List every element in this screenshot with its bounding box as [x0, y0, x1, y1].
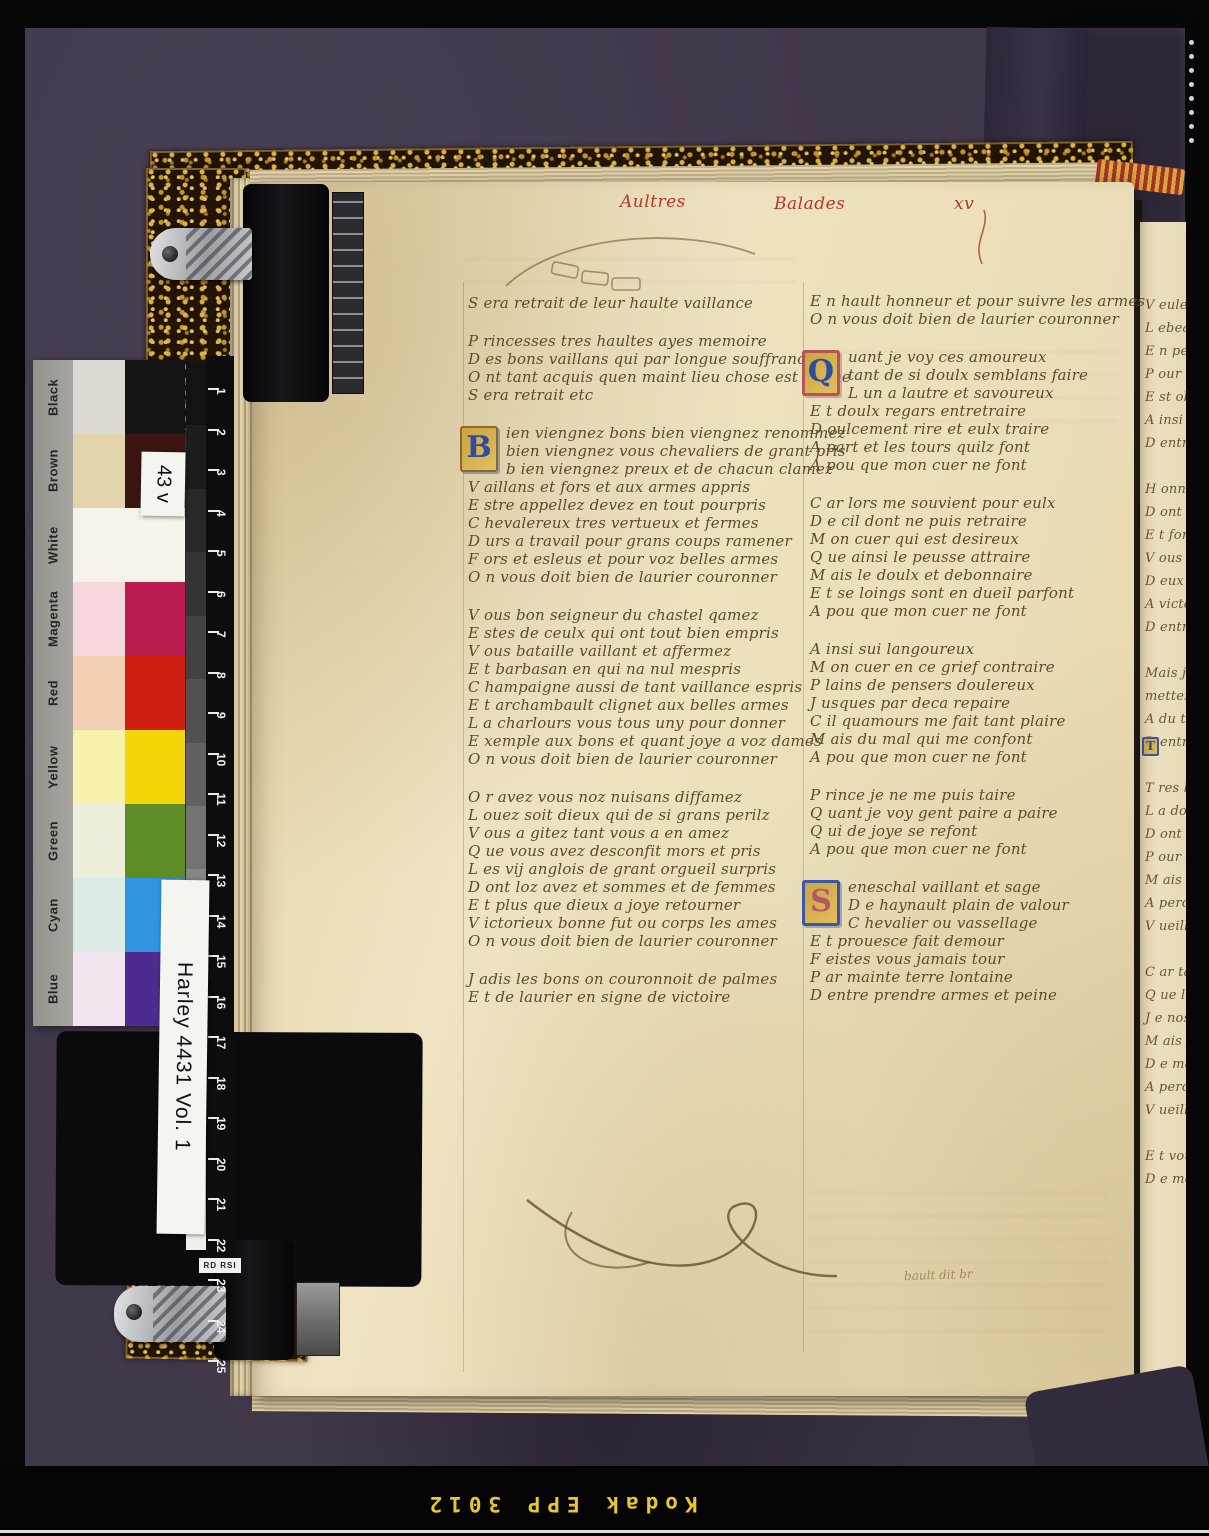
- color-patch-pale: [73, 804, 125, 878]
- faint-inscription: bault dit br: [904, 1267, 973, 1283]
- ruler-tick: [208, 996, 219, 998]
- ruler-tick: [208, 955, 219, 957]
- measurement-ruler: 1 2 3 4 5 6: [206, 356, 234, 1258]
- ruler-number: 22: [214, 1239, 228, 1252]
- verse-line: M ais du mal qui me confont: [810, 730, 1140, 748]
- sprocket-dot: [1189, 96, 1194, 101]
- ruler-unit: 8: [206, 672, 234, 707]
- ruler-unit: 21: [206, 1198, 234, 1233]
- stanza-lines: ien viengnez bons bien viengnez renommez…: [468, 424, 818, 586]
- ruler-number: 15: [214, 955, 228, 968]
- verse-line: uant je voy ces amoureux: [810, 348, 1140, 366]
- verse-line: D e cil dont ne puis retraire: [810, 512, 1140, 530]
- verse-line: E n hault honneur et pour suivre les arm…: [810, 292, 1140, 310]
- verse-line: C hevalereux tres vertueux et fermes: [468, 514, 818, 532]
- ruler-number: 25: [214, 1360, 228, 1373]
- verse-line: D entre prendre armes et peine: [810, 986, 1140, 1004]
- sprocket-dot: [1189, 124, 1194, 129]
- ruler-footer-label: RD RSI: [199, 1258, 241, 1273]
- verse-line: A pou que mon cuer ne font: [810, 748, 1140, 766]
- photographic-frame: T V eule L ebea E n per P our c E st ob …: [0, 0, 1209, 1536]
- frame-edge-line: [0, 1530, 1209, 1533]
- verse-line: L es vij anglois de grant orgueil surpri…: [468, 860, 818, 878]
- facing-text-line: A perceu: [1145, 896, 1186, 919]
- verse-line: Q uant je voy gent paire a paire: [810, 804, 1140, 822]
- ruler-number: 24: [214, 1320, 228, 1333]
- facing-text-line: A perceu: [1145, 1080, 1186, 1103]
- color-bar-row: White: [33, 508, 185, 582]
- color-patch-pale: [73, 952, 125, 1026]
- color-bar-label: Yellow: [33, 730, 73, 804]
- ruler-unit: 2: [206, 429, 234, 464]
- clip-stripes: [186, 228, 252, 280]
- ruler-number: 16: [214, 996, 228, 1009]
- ruler-number: 13: [214, 874, 228, 887]
- ruler-unit: 12: [206, 834, 234, 869]
- stanza-lines: C ar lors me souvient pour eulx D e cil …: [810, 494, 1140, 620]
- ruler-tick: [208, 1279, 219, 1281]
- color-bar-label: Magenta: [33, 582, 73, 656]
- facing-illuminated-initial: T: [1142, 737, 1159, 756]
- facing-text-line: Q ue la d: [1145, 988, 1186, 1011]
- ruler-number: 12: [214, 834, 228, 847]
- gray-step: [186, 362, 206, 425]
- verse-line: J adis les bons on couronnoit de palmes: [468, 970, 818, 988]
- density-strip: [332, 192, 364, 394]
- ruler-tick: [208, 753, 219, 755]
- verse-line: D es bons vaillans qui par longue souffr…: [468, 350, 818, 368]
- verse-line: E t barbasan en qui na nul mespris: [468, 660, 818, 678]
- facing-text-line: D e mon: [1145, 1172, 1186, 1195]
- ruler-unit: 17: [206, 1036, 234, 1071]
- sprocket-dot: [1189, 68, 1194, 73]
- clip-rivet: [162, 246, 178, 262]
- verse-line: A pou que mon cuer ne font: [810, 456, 1140, 474]
- verse-line: E t de laurier en signe de victoire: [468, 988, 818, 1006]
- facing-text-line: E t vous: [1145, 1149, 1186, 1172]
- verse-line: J usques par deca repaire: [810, 694, 1140, 712]
- illuminated-initial: S: [802, 880, 840, 926]
- stanza: S era retrait de leur haulte vaillance: [468, 294, 818, 312]
- stanza-lines: uant je voy ces amoureux tant de si doul…: [810, 348, 1140, 474]
- color-patch-pale: [73, 656, 125, 730]
- ruler-unit: 5: [206, 550, 234, 585]
- verse-line: eneschal vaillant et sage: [810, 878, 1140, 896]
- ruler-tick: [208, 1036, 219, 1038]
- stanza: C ar lors me souvient pour eulx D e cil …: [810, 494, 1140, 620]
- verse-line: E t plus que dieux a joye retourner: [468, 896, 818, 914]
- rubric-flourish: [970, 208, 1010, 268]
- facing-text-line: [1145, 758, 1186, 781]
- ruler-tick: [208, 591, 219, 593]
- color-bar-row: Green: [33, 804, 185, 878]
- ruler-tick: [208, 469, 219, 471]
- verse-line: Q ue vous avez desconfit mors et pris: [468, 842, 818, 860]
- verse-line: O n vous doit bien de laurier couronner: [468, 750, 818, 768]
- gray-step: [186, 616, 206, 679]
- verse-line: M on cuer en ce grief contraire: [810, 658, 1140, 676]
- verse-line: Q ue ainsi le peusse attraire: [810, 548, 1140, 566]
- facing-text-line: A du tout: [1145, 712, 1186, 735]
- verse-line: bien viengnez vous chevaliers de grant p…: [468, 442, 818, 460]
- color-patch-pale: [73, 730, 125, 804]
- facing-text-line: V ueillez: [1145, 1103, 1186, 1126]
- facing-text-line: L a dou: [1145, 804, 1186, 827]
- ruler-unit: 19: [206, 1117, 234, 1152]
- stanza: B ien viengnez bons bien viengnez renomm…: [468, 424, 818, 586]
- ruler-tick: [208, 1239, 219, 1241]
- color-bar-label: Red: [33, 656, 73, 730]
- verse-line: E t doulx regars entretraire: [810, 402, 1140, 420]
- facing-text-line: D entrep: [1145, 620, 1186, 643]
- verse-line: V ous a gitez tant vous a en amez: [468, 824, 818, 842]
- verse-line: O n vous doit bien de laurier couronner: [810, 310, 1140, 328]
- ruler-unit: 9: [206, 712, 234, 747]
- text-column-left: S era retrait de leur haulte vaillance P…: [468, 294, 818, 1026]
- verse-line: E t archambault clignet aux belles armes: [468, 696, 818, 714]
- gray-step: [186, 679, 206, 742]
- stanza-lines: O r avez vous noz nuisans diffamez L oue…: [468, 788, 818, 950]
- clip-rivet: [126, 1304, 142, 1320]
- page-strap-top: [243, 184, 329, 402]
- ruler-number: 10: [214, 753, 228, 766]
- stanza-lines: eneschal vaillant et sage D e haynault p…: [810, 878, 1140, 1004]
- facing-text-line: A insi b: [1145, 413, 1186, 436]
- film-sprocket-marks: [1189, 40, 1194, 152]
- stanza: P rincesses tres haultes ayes memoire D …: [468, 332, 818, 404]
- ruler-unit: 3: [206, 469, 234, 504]
- verse-line: S era retrait etc: [468, 386, 818, 404]
- ruler-unit: 20: [206, 1158, 234, 1193]
- stanza: Q uant je voy ces amoureux tant de si do…: [810, 348, 1140, 474]
- color-bar-row: Magenta: [33, 582, 185, 656]
- verse-line: C ar lors me souvient pour eulx: [810, 494, 1140, 512]
- stanza: P rince je ne me puis taire Q uant je vo…: [810, 786, 1140, 858]
- gray-step: [186, 425, 206, 488]
- verse-line: L a charlours vous tous uny pour donner: [468, 714, 818, 732]
- facing-text-line: M ais fan: [1145, 1034, 1186, 1057]
- facing-text-line: D entrep: [1145, 436, 1186, 459]
- facing-text-line: mettez ce: [1145, 689, 1186, 712]
- verse-line: F ors et esleus et pour voz belles armes: [468, 550, 818, 568]
- facing-text-line: [1145, 459, 1186, 482]
- film-edge-text: Kodak EPP 3012: [340, 1492, 780, 1516]
- gray-step: [186, 552, 206, 615]
- ruler-tick: [208, 1320, 219, 1322]
- verse-line: O n vous doit bien de laurier couronner: [468, 568, 818, 586]
- gray-step: [186, 806, 206, 869]
- color-patch-pale: [73, 360, 125, 434]
- color-patch-pale: [73, 878, 125, 952]
- color-bar-label: White: [33, 508, 73, 582]
- ruler-unit: 18: [206, 1077, 234, 1112]
- color-patch-strong: [125, 730, 185, 804]
- stanza: A insi sui langoureux M on cuer en ce gr…: [810, 640, 1140, 766]
- ruler-tick: [208, 510, 219, 512]
- rubric-left: Aultres: [620, 192, 686, 212]
- facing-text-line: A victoi: [1145, 597, 1186, 620]
- verse-line: V ous bon seigneur du chastel qamez: [468, 606, 818, 624]
- ruler-tick: [208, 1360, 219, 1362]
- stanza-lines: V ous bon seigneur du chastel qamez E st…: [468, 606, 818, 768]
- ruler-tick: [208, 1158, 219, 1160]
- verse-line: M ais le doulx et debonnaire: [810, 566, 1140, 584]
- film-edge-band: Kodak EPP 3012: [0, 1466, 1209, 1536]
- verse-line: E xemple aux bons et quant joye a voz da…: [468, 732, 818, 750]
- ruler-unit: 10: [206, 753, 234, 788]
- folio-number-sticker: 43 v: [140, 452, 185, 517]
- ruler-tick: [208, 388, 219, 390]
- facing-text-line: E t fortu: [1145, 528, 1186, 551]
- color-bar-row: Red: [33, 656, 185, 730]
- stanza-lines: J adis les bons on couronnoit de palmes …: [468, 970, 818, 1006]
- ruler-number: 14: [214, 915, 228, 928]
- ruler-tick: [208, 550, 219, 552]
- color-bar-label: Black: [33, 360, 73, 434]
- illuminated-initial: Q: [802, 350, 840, 396]
- verse-line: L ouez soit dieux qui de si grans perilz: [468, 806, 818, 824]
- sprocket-dot: [1189, 138, 1194, 143]
- facing-text-line: C ar tant: [1145, 965, 1186, 988]
- color-patch-strong: [125, 582, 185, 656]
- ruler-tick: [208, 1117, 219, 1119]
- verse-line: P lains de pensers doulereux: [810, 676, 1140, 694]
- color-patch-strong: [125, 360, 185, 434]
- verse-line: tant de si doulx semblans faire: [810, 366, 1140, 384]
- color-bar-label: Cyan: [33, 878, 73, 952]
- ruler-unit: 7: [206, 631, 234, 666]
- verse-line: P ar mainte terre lontaine: [810, 968, 1140, 986]
- ruler-unit: 15: [206, 955, 234, 990]
- facing-text-fragments: V eule L ebea E n per P our c E st ob A …: [1140, 222, 1186, 1195]
- verse-line: D urs a travail pour grans coups ramener: [468, 532, 818, 550]
- ruler-number: 19: [214, 1117, 228, 1130]
- sprocket-dot: [1189, 82, 1194, 87]
- facing-text-line: [1145, 643, 1186, 666]
- facing-text-line: Mais je c: [1145, 666, 1186, 689]
- ruler-unit: 25: [206, 1360, 234, 1395]
- verse-line: V ictorieux bonne fut ou corps les ames: [468, 914, 818, 932]
- facing-text-line: P our c: [1145, 367, 1186, 390]
- stanza: S eneschal vaillant et sage D e haynault…: [810, 878, 1140, 1004]
- color-bar-row: Yellow: [33, 730, 185, 804]
- facing-text-line: D e ma g: [1145, 1057, 1186, 1080]
- envoi-flourish: [502, 1182, 902, 1297]
- ruler-tick: [208, 429, 219, 431]
- illuminated-initial: B: [460, 426, 498, 472]
- facing-text-line: L ebea: [1145, 321, 1186, 344]
- sprocket-dot: [1189, 110, 1194, 115]
- gray-step-tab: [296, 1282, 340, 1356]
- sprocket-dot: [1189, 54, 1194, 59]
- verse-line: V aillans et fors et aux armes appris: [468, 478, 818, 496]
- stanza: J adis les bons on couronnoit de palmes …: [468, 970, 818, 1006]
- verse-line: C hevalier ou vassellage: [810, 914, 1140, 932]
- ruler-tick: [208, 712, 219, 714]
- text-column-right: E n hault honneur et pour suivre les arm…: [810, 292, 1140, 1024]
- ruler-tick: [208, 874, 219, 876]
- ruler-unit: 6: [206, 591, 234, 626]
- verse-line: ien viengnez bons bien viengnez renommez: [468, 424, 818, 442]
- color-bar-row: Black: [33, 360, 185, 434]
- verse-line: C hampaigne aussi de tant vaillance espr…: [468, 678, 818, 696]
- verse-line: D e haynault plain de valour: [810, 896, 1140, 914]
- facing-text-line: D eux bo: [1145, 574, 1186, 597]
- verse-line: S era retrait de leur haulte vaillance: [468, 294, 818, 312]
- ruler-unit: 14: [206, 915, 234, 950]
- ruler-number: 17: [214, 1036, 228, 1049]
- facing-text-line: T res bell: [1145, 781, 1186, 804]
- verse-line: F eistes vous jamais tour: [810, 950, 1140, 968]
- verse-line: b ien viengnez preux et de chacun clamez: [468, 460, 818, 478]
- verse-line: A part et les tours quilz font: [810, 438, 1140, 456]
- ruler-number: 23: [214, 1279, 228, 1292]
- facing-page-sliver: T V eule L ebea E n per P our c E st ob …: [1140, 222, 1186, 1494]
- pen-trial-sketch: [500, 220, 810, 298]
- verse-line: O nt tant acquis quen maint lieu chose e…: [468, 368, 818, 386]
- ruler-unit: 24: [206, 1320, 234, 1355]
- ruler-tick: [208, 631, 219, 633]
- gray-step: [186, 743, 206, 806]
- verse-line: D oulcement rire et eulx traire: [810, 420, 1140, 438]
- stanza-lines: P rincesses tres haultes ayes memoire D …: [468, 332, 818, 404]
- verse-line: A insi sui langoureux: [810, 640, 1140, 658]
- rubric-center: Balades: [774, 194, 845, 214]
- stanza-lines: E n hault honneur et pour suivre les arm…: [810, 292, 1140, 328]
- verse-line: E stes de ceulx qui ont tout bien empris: [468, 624, 818, 642]
- verse-line: V ous bataille vaillant et affermez: [468, 642, 818, 660]
- ruler-tick: [208, 672, 219, 674]
- verse-line: A pou que mon cuer ne font: [810, 602, 1140, 620]
- stanza: V ous bon seigneur du chastel qamez E st…: [468, 606, 818, 768]
- stanza-lines: A insi sui langoureux M on cuer en ce gr…: [810, 640, 1140, 766]
- ruler-unit: 11: [206, 793, 234, 828]
- verse-line: L un a lautre et savoureux: [810, 384, 1140, 402]
- color-patch-strong: [125, 656, 185, 730]
- facing-text-line: [1145, 1126, 1186, 1149]
- color-patch-strong: [125, 508, 185, 582]
- ruler-number: 21: [214, 1198, 228, 1211]
- metal-clip-top: [150, 228, 252, 280]
- ruler-number: 20: [214, 1158, 228, 1171]
- facing-text-line: D ont am: [1145, 827, 1186, 850]
- ruler-number: 18: [214, 1077, 228, 1090]
- ruler-tick: [208, 834, 219, 836]
- ruler-tick: [208, 915, 219, 917]
- color-patch-strong: [125, 804, 185, 878]
- color-bar-label: Green: [33, 804, 73, 878]
- ruler-unit: 23: [206, 1279, 234, 1314]
- color-bar-label: Brown: [33, 434, 73, 508]
- facing-text-line: [1145, 942, 1186, 965]
- ruler-unit: 16: [206, 996, 234, 1031]
- ruler-unit: 13: [206, 874, 234, 909]
- verse-line: P rince je ne me puis taire: [810, 786, 1140, 804]
- ruler-tick: [208, 793, 219, 795]
- verse-line: O r avez vous noz nuisans diffamez: [468, 788, 818, 806]
- stanza-lines: S era retrait de leur haulte vaillance: [468, 294, 818, 312]
- verse-line: E t prouesce fait demour: [810, 932, 1140, 950]
- verse-line: C il quamours me fait tant plaire: [810, 712, 1140, 730]
- verse-line: E t se loings sont en dueil parfont: [810, 584, 1140, 602]
- sprocket-dot: [1189, 40, 1194, 45]
- ruler-unit: 1: [206, 388, 234, 423]
- facing-text-line: M ais du: [1145, 873, 1186, 896]
- facing-text-line: P our dis: [1145, 850, 1186, 873]
- stanza-lines: P rince je ne me puis taire Q uant je vo…: [810, 786, 1140, 858]
- stanza: O r avez vous noz nuisans diffamez L oue…: [468, 788, 818, 950]
- facing-text-line: D ont il: [1145, 505, 1186, 528]
- stanza: E n hault honneur et pour suivre les arm…: [810, 292, 1140, 328]
- facing-text-line: J e nose: [1145, 1011, 1186, 1034]
- facing-text-line: V ous to: [1145, 551, 1186, 574]
- verse-line: A pou que mon cuer ne font: [810, 840, 1140, 858]
- color-patch-pale: [73, 434, 125, 508]
- shelfmark-sticker: Harley 4431 Vol. 1: [157, 880, 210, 1235]
- verse-line: Q ui de joye se refont: [810, 822, 1140, 840]
- verse-line: M on cuer qui est desireux: [810, 530, 1140, 548]
- facing-text-line: E st ob: [1145, 390, 1186, 413]
- verse-line: D ont loz avez et sommes et de femmes: [468, 878, 818, 896]
- color-bar-label: Blue: [33, 952, 73, 1026]
- verse-line: P rincesses tres haultes ayes memoire: [468, 332, 818, 350]
- color-patch-pale: [73, 582, 125, 656]
- ruler-tick: [208, 1198, 219, 1200]
- facing-text-line: H onne: [1145, 482, 1186, 505]
- verse-line: O n vous doit bien de laurier couronner: [468, 932, 818, 950]
- facing-text-line: V eule: [1145, 298, 1186, 321]
- color-patch-pale: [73, 508, 125, 582]
- ruler-tick: [208, 1077, 219, 1079]
- facing-text-line: V ueilles: [1145, 919, 1186, 942]
- verse-line: E stre appellez devez en tout pourpris: [468, 496, 818, 514]
- ruler-unit: 4: [206, 510, 234, 545]
- gray-step: [186, 489, 206, 552]
- facing-text-line: E n per: [1145, 344, 1186, 367]
